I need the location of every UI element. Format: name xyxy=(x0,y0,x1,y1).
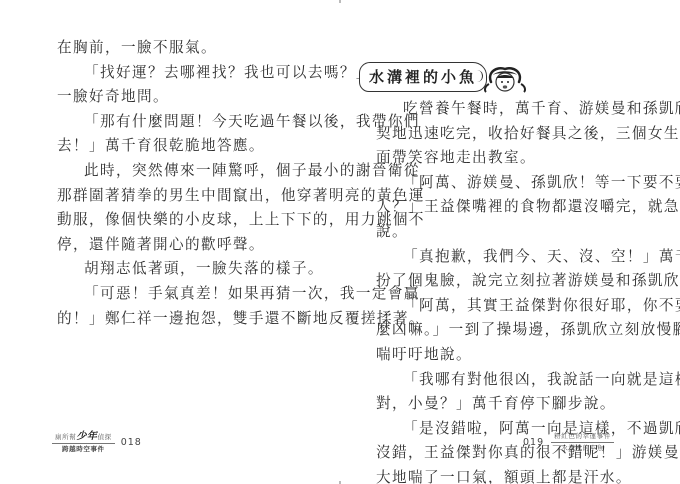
chapter-name: 水溝裡的小魚 xyxy=(551,443,614,453)
text-line: 「阿萬、游媄曼、孫凱欣！等一下要不要玩鬼抓 xyxy=(376,171,656,196)
text-line: 「找好運？去哪裡找？我也可以去嗎？」孫凱欣 xyxy=(57,61,337,86)
left-page-footer: 廁所幫少年偵探 跨越時空事件 018 xyxy=(52,432,142,454)
text-line: 在胸前，一臉不服氣。 xyxy=(57,36,337,61)
series-logo-glyph: 少年 xyxy=(76,431,97,442)
page-number: 018 xyxy=(121,433,142,453)
text-line: 「那有什麼問題！今天吃過午餐以後，我帶你們 xyxy=(57,110,337,135)
series-name: 廁所幫少年偵探 xyxy=(52,432,115,444)
text-line: 「阿萬，其實王益傑對你很好耶，你不要對他那 xyxy=(376,294,656,319)
text-line: 「是沒錯啦，阿萬一向是這樣，不過凱欣說得也 xyxy=(376,417,656,442)
text-line: 動服，像個快樂的小皮球，上上下下的，用力跳個不 xyxy=(57,208,337,233)
text-line: 的！」鄭仁祥一邊抱怨，雙手還不斷地反覆搓揉著。 xyxy=(57,307,337,332)
series-title: 廁所幫少年偵探 跨越時空事件 xyxy=(52,432,115,454)
book-title: 粉紅色的幸運事件 xyxy=(551,432,614,443)
right-page: 水溝裡的小魚 吃營養午餐時，萬千育、游媄曼和孫凱欣很有默 契地迅速吃完，收拾好餐… xyxy=(340,0,680,484)
text-line: 對，小曼？」萬千育停下腳步說。 xyxy=(376,392,656,417)
right-page-body: 吃營養午餐時，萬千育、游媄曼和孫凱欣很有默 契地迅速吃完，收拾好餐具之後，三個女… xyxy=(376,97,656,484)
right-page-footer: 019 粉紅色的幸運事件 水溝裡的小魚 xyxy=(523,432,614,453)
text-line: 「可惡！手氣真差！如果再猜一次，我一定會贏 xyxy=(57,282,337,307)
text-line: 一臉好奇地問。 xyxy=(57,85,337,110)
series-title: 粉紅色的幸運事件 水溝裡的小魚 xyxy=(551,432,614,453)
text-line: 去！」萬千育很乾脆地答應。 xyxy=(57,134,337,159)
text-line: 此時，突然傳來一陣驚呼，個子最小的謝晉衛從 xyxy=(57,159,337,184)
text-line: 沒錯，王益傑對你真的很不錯呢！」游媄曼說完，大 xyxy=(376,441,656,466)
left-page: 在胸前，一臉不服氣。 「找好運？去哪裡找？我也可以去嗎？」孫凱欣 一臉好奇地問。… xyxy=(0,0,340,484)
series-name-part: 廁所幫 xyxy=(55,433,76,441)
text-line: 面帶笑容地走出教室。 xyxy=(376,146,656,171)
left-page-body: 在胸前，一臉不服氣。 「找好運？去哪裡找？我也可以去嗎？」孫凱欣 一臉好奇地問。… xyxy=(57,36,337,331)
text-line: 那群圍著猜拳的男生中間竄出，他穿著明亮的黃色運 xyxy=(57,184,337,209)
text-line: 契地迅速吃完，收拾好餐具之後，三個女生手拉手， xyxy=(376,122,656,147)
text-line: 「真抱歉，我們今、天、沒、空！」萬千育回頭 xyxy=(376,245,656,270)
text-line: 大地喘了一口氣，額頭上都是汗水。 xyxy=(376,466,656,484)
chapter-title: 水溝裡的小魚 xyxy=(359,62,487,92)
text-line: 說。 xyxy=(376,220,656,245)
text-line: 人？」王益傑嘴裡的食物都還沒嚼完，就急忙大聲地 xyxy=(376,195,656,220)
text-line: 胡翔志低著頭，一臉失落的樣子。 xyxy=(57,257,337,282)
text-line: 喘吁吁地說。 xyxy=(376,343,656,368)
book-spread: 在胸前，一臉不服氣。 「找好運？去哪裡找？我也可以去嗎？」孫凱欣 一臉好奇地問。… xyxy=(0,0,680,484)
text-line: 吃營養午餐時，萬千育、游媄曼和孫凱欣很有默 xyxy=(376,97,656,122)
book-subtitle: 跨越時空事件 xyxy=(52,444,115,454)
girl-with-pigtails-icon xyxy=(483,60,527,98)
text-line: 麼凶嘛。」一到了操場邊，孫凱欣立刻放慢腳步，氣 xyxy=(376,318,656,343)
text-line: 停，還伴隨著開心的歡呼聲。 xyxy=(57,233,337,258)
text-line: 「我哪有對他很凶，我說話一向就是這樣，對不 xyxy=(376,368,656,393)
text-line: 扮了個鬼臉，說完立刻拉著游媄曼和孫凱欣就跑。 xyxy=(376,269,656,294)
series-name-part: 偵探 xyxy=(98,433,112,441)
page-number: 019 xyxy=(523,433,544,453)
